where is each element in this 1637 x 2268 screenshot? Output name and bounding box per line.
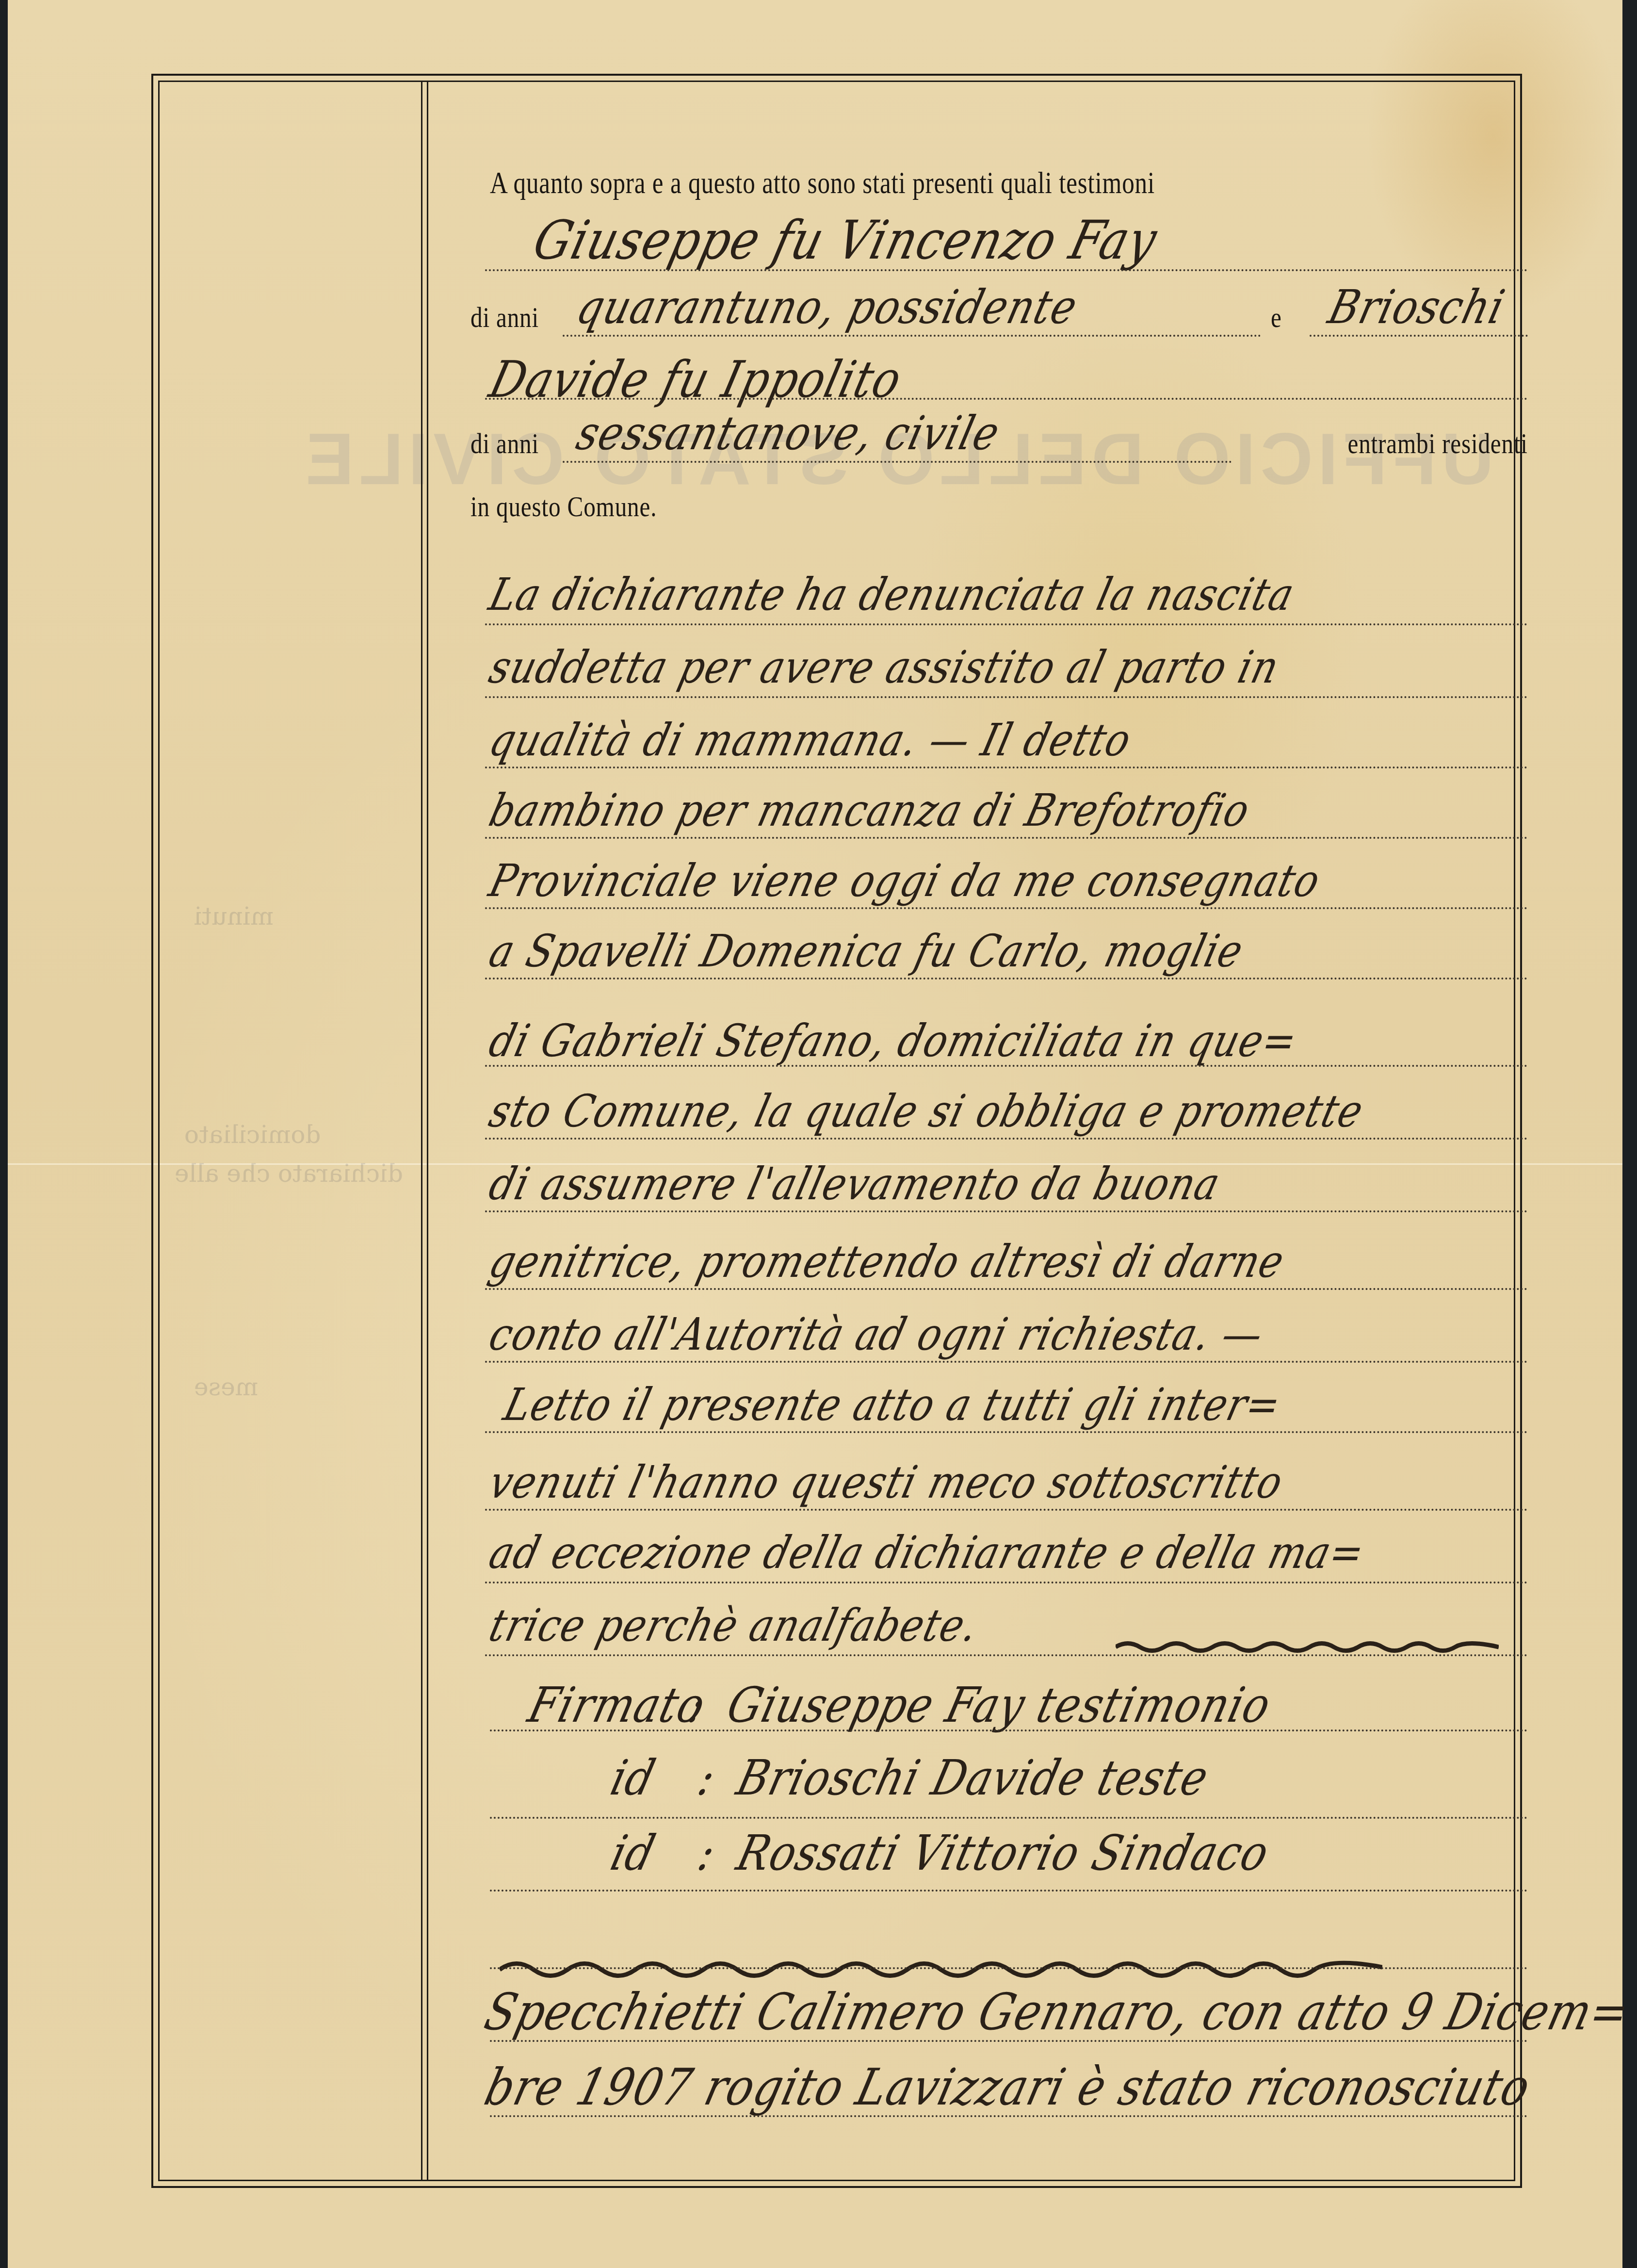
idem-mark: id [606, 1829, 660, 1877]
fill-line [490, 1967, 1528, 1969]
margin-column-divider [421, 81, 422, 2181]
body-line: Provinciale viene oggi da me consegnato [485, 859, 1325, 903]
witness2-surname: Brioschi [1324, 284, 1509, 330]
signature-colon: : [694, 1754, 721, 1802]
body-line: trice perchè analfabete. [485, 1603, 983, 1648]
witness1-age-occupation: quarantuno, possidente [572, 284, 1082, 330]
body-line: conto all'Autorità ad ogni richiesta. — [485, 1312, 1268, 1357]
signature-witness1: Giuseppe Fay testimonio [723, 1681, 1276, 1730]
fill-line [485, 1288, 1528, 1290]
body-line: La dichiarante ha denunciata la nascita [485, 572, 1299, 617]
fill-line [485, 1065, 1528, 1067]
fill-line [485, 1431, 1528, 1433]
witness2-name: Davide fu Ippolito [485, 354, 907, 405]
body-line: ad eccezione della dichiarante e della m… [485, 1531, 1369, 1575]
fill-line [485, 1509, 1528, 1511]
body-line: sto Comune, la quale si obbliga e promet… [485, 1089, 1368, 1134]
fill-line [490, 1890, 1528, 1892]
witness-intro-text: A quanto sopra e a questo atto sono stat… [490, 165, 1155, 201]
signature-colon: : [694, 1829, 721, 1877]
age-label: di anni [470, 427, 539, 460]
fill-line [485, 696, 1528, 698]
in-this-comune-text: in questo Comune. [470, 490, 657, 523]
body-line: genitrice, promettendo altresì di darne [485, 1240, 1289, 1284]
body-line: bambino per mancanza di Brefotrofio [485, 788, 1254, 833]
fill-line [490, 2040, 1528, 2042]
fill-line [1310, 335, 1528, 337]
body-line: di Gabrieli Stefano, domiciliata in que= [485, 1019, 1302, 1063]
witness1-name: Giuseppe fu Vincenzo Fay [529, 213, 1163, 267]
age-label: di anni [470, 301, 539, 334]
firmato-label: Firmato [524, 1681, 710, 1730]
conjunction-e: e [1271, 301, 1282, 334]
line-filler-flourish [1116, 1637, 1499, 1657]
scan-background-left [0, 0, 8, 2268]
fill-line [485, 907, 1528, 909]
fill-line [563, 461, 1232, 463]
signature-witness2: Brioschi Davide teste [732, 1754, 1214, 1802]
body-line: qualità di mammana. — Il detto [485, 718, 1136, 763]
fill-line [485, 1138, 1528, 1140]
fill-line [485, 1361, 1528, 1363]
fill-line [485, 269, 1528, 271]
body-line: venuti l'hanno questi meco sottoscritto [485, 1460, 1288, 1505]
form-body: A quanto sopra e a questo atto sono stat… [470, 0, 1513, 2268]
fill-line [485, 837, 1528, 839]
fill-line [490, 2115, 1528, 2117]
fill-line [485, 1210, 1528, 1212]
fill-line [485, 767, 1528, 768]
body-line: a Spavelli Domenica fu Carlo, moglie [485, 929, 1248, 974]
body-line: Letto il presente atto a tutti gli inter… [500, 1383, 1285, 1427]
fill-line [485, 1654, 1528, 1656]
fill-line [490, 1730, 1528, 1731]
fill-line [485, 398, 1528, 400]
annotation-line: bre 1907 rogito Lavizzari è stato ricono… [480, 2062, 1536, 2112]
fill-line [563, 335, 1261, 337]
fill-line [490, 1817, 1528, 1819]
fill-line [485, 1582, 1528, 1583]
witness2-age-occupation: sessantanove, civile [572, 410, 1005, 457]
idem-mark: id [606, 1754, 660, 1802]
fill-line [485, 978, 1528, 979]
both-residents-text: entrambi residenti [1348, 427, 1528, 460]
fill-line [485, 623, 1528, 625]
annotation-line: Specchietti Calimero Gennaro, con atto 9… [480, 1987, 1635, 2037]
signature-mayor: Rossati Vittorio Sindaco [732, 1829, 1274, 1877]
scan-background-right [1622, 0, 1637, 2268]
body-line: di assumere l'allevamento da buona [485, 1162, 1225, 1207]
body-line: suddetta per avere assistito al parto in [485, 645, 1283, 690]
margin-column-divider [427, 81, 428, 2181]
